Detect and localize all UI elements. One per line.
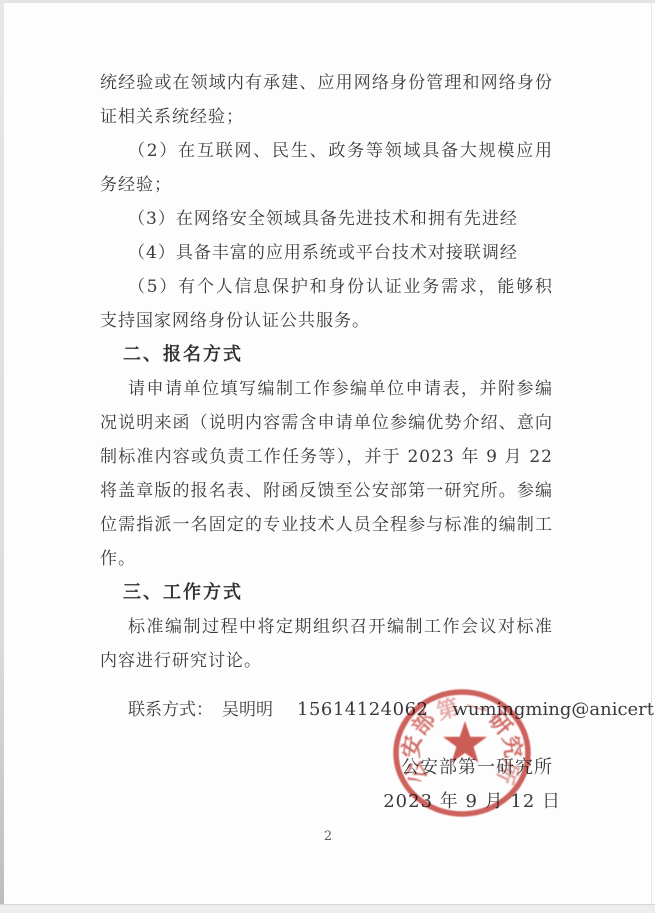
- text-line: 证相关系统经验；: [100, 100, 553, 134]
- page-edge-left: [0, 0, 4, 905]
- page-edge-bottom: [0, 904, 655, 913]
- text-line: 支持国家网络身份认证公共服务。: [100, 304, 553, 338]
- contact-email: wumingming@anicert.cn: [452, 699, 655, 720]
- text-flow: 统经验或在领域内有承建、应用网络身份管理和网络身份认证相关系统经验；（2）在互联…: [100, 66, 553, 678]
- contact-label: 联系方式：: [128, 700, 213, 720]
- text-line: 将盖章版的报名表、附函反馈至公安部第一研究所。参编单: [100, 474, 553, 508]
- text-line: 统经验或在领域内有承建、应用网络身份管理和网络身份认: [100, 66, 553, 100]
- signature-org: 公安部第一研究所: [100, 751, 553, 785]
- text-line: 制标准内容或负责工作任务等），并于 2023 年 9 月 22 日前: [100, 440, 553, 474]
- text-line: 请申请单位填写编制工作参编单位申请表，并附参编情: [100, 372, 553, 406]
- section-heading: 三、工作方式: [100, 576, 553, 610]
- contact-phone: 15614124062: [297, 699, 428, 720]
- text-line: （2）在互联网、民生、政务等领域具备大规模应用服: [100, 134, 553, 168]
- text-line: 标准编制过程中将定期组织召开编制工作会议对标准: [100, 610, 553, 644]
- contact-line: 联系方式：吴明明15614124062wumingming@anicert.cn: [100, 693, 553, 727]
- contact-name: 吴明明: [222, 700, 273, 720]
- text-line: （4）具备丰富的应用系统或平台技术对接联调经验；: [100, 236, 553, 270]
- document-content: 统经验或在领域内有承建、应用网络身份管理和网络身份认证相关系统经验；（2）在互联…: [100, 0, 553, 819]
- text-line: 况说明来函（说明内容需含申请单位参编优势介绍、意向编: [100, 406, 553, 440]
- text-line: （5）有个人信息保护和身份认证业务需求，能够积极: [100, 270, 553, 304]
- signature-date: 2023 年 9 月 12 日: [100, 785, 561, 819]
- page-edge-right: [651, 0, 652, 905]
- document-page: 统经验或在领域内有承建、应用网络身份管理和网络身份认证相关系统经验；（2）在互联…: [0, 0, 655, 913]
- text-line: 务经验；: [100, 168, 553, 202]
- text-line: （3）在网络安全领域具备先进技术和拥有先进经验；: [100, 202, 553, 236]
- text-line: 作。: [100, 542, 553, 576]
- text-line: 内容进行研究讨论。: [100, 644, 553, 678]
- page-number: 2: [318, 829, 338, 844]
- section-heading: 二、报名方式: [100, 338, 553, 372]
- text-line: 位需指派一名固定的专业技术人员全程参与标准的编制工: [100, 508, 553, 542]
